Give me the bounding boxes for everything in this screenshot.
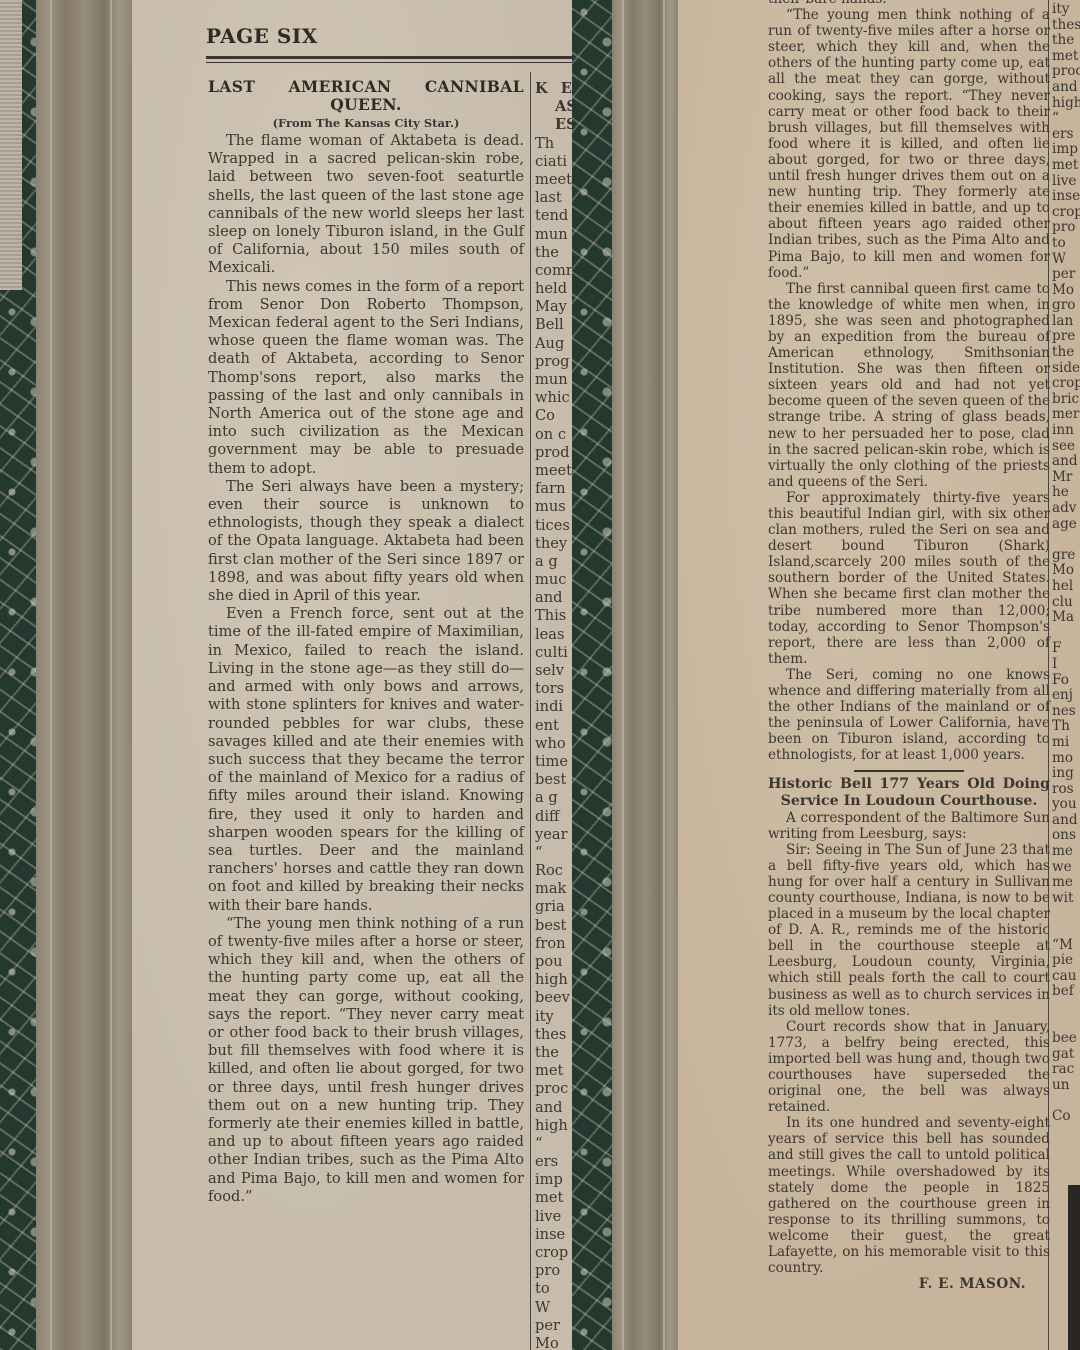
clipped-line: year: [535, 826, 572, 844]
clipped-line: pie: [1052, 953, 1080, 969]
clipped-line: crop: [1052, 205, 1080, 221]
article-paragraph: “The young men think nothing of a run of…: [768, 7, 1050, 281]
clipped-line: “: [1052, 111, 1080, 127]
clipped-line: Co: [535, 407, 572, 425]
article-paragraph: Even a French force, sent out at the tim…: [208, 605, 524, 914]
clipped-line: Mr: [1052, 470, 1080, 486]
clipped-line: gre: [1052, 548, 1080, 564]
clipped-line: ros: [1052, 782, 1080, 798]
article-source: (From The Kansas City Star.): [208, 114, 524, 132]
clipped-line: AS: [535, 98, 572, 116]
clipped-line: hel: [1052, 579, 1080, 595]
clipped-line: proc: [535, 1080, 572, 1098]
clipped-line: best: [535, 771, 572, 789]
clipped-line: and: [1052, 454, 1080, 470]
clipped-line: bef: [1052, 984, 1080, 1000]
adjacent-column-clipped: K EASESThciatimeetlasttendmunthecomrheld…: [535, 80, 572, 1350]
clipped-line: “: [535, 1135, 572, 1153]
clipped-line: and: [1052, 80, 1080, 96]
clipped-line: K E: [535, 80, 572, 98]
bell-paragraph: Sir: Seeing in The Sun of June 23 that a…: [768, 842, 1050, 1019]
clipped-line: [1052, 922, 1080, 938]
clipped-line: May: [535, 298, 572, 316]
clipped-line: adv: [1052, 501, 1080, 517]
clipped-line: prog: [535, 353, 572, 371]
clipped-line: the: [535, 244, 572, 262]
clipped-line: [1052, 532, 1080, 548]
clipped-line: fron: [535, 935, 572, 953]
clipped-line: and: [535, 1099, 572, 1117]
clipped-line: mer: [1052, 407, 1080, 423]
clipped-line: F: [1052, 641, 1080, 657]
clipped-line: you: [1052, 797, 1080, 813]
clipped-line: inse: [535, 1226, 572, 1244]
article-paragraph: The Seri always have been a mystery; eve…: [208, 478, 524, 605]
clipped-line: Mo: [1052, 283, 1080, 299]
cut-off-line: their bare hands.: [768, 0, 1050, 7]
clipped-line: the: [1052, 345, 1080, 361]
header-rule-thick: [206, 56, 572, 59]
clipped-line: he: [1052, 485, 1080, 501]
clipped-line: mo: [1052, 751, 1080, 767]
newspaper-page-left: PAGE SIX LAST AMERICAN CANNIBAL QUEEN. (…: [132, 0, 572, 1350]
column-divider: [530, 72, 531, 1350]
clipped-line: ciati: [535, 153, 572, 171]
clipped-line: prod: [535, 444, 572, 462]
clipped-line: Th: [1052, 719, 1080, 735]
clipped-line: thes: [535, 1026, 572, 1044]
clipped-line: held: [535, 280, 572, 298]
clipped-line: whic: [535, 389, 572, 407]
clipped-line: tend: [535, 207, 572, 225]
clipped-line: beev: [535, 989, 572, 1007]
clipped-line: tors: [535, 680, 572, 698]
clipped-line: “M: [1052, 938, 1080, 954]
clipped-line: diff: [535, 808, 572, 826]
clipped-line: wit: [1052, 891, 1080, 907]
adjacent-column-clipped: itythesthemetprocandhigh“ersimpmetlivein…: [1052, 2, 1080, 1350]
clipped-line: mak: [535, 880, 572, 898]
clipped-line: met: [1052, 158, 1080, 174]
dark-border-block: [1068, 1185, 1080, 1350]
article-paragraph: The flame woman of Aktabeta is dead. Wra…: [208, 132, 524, 278]
clipped-line: mun: [535, 226, 572, 244]
clipped-line: Mo: [1052, 563, 1080, 579]
clipped-line: crop: [535, 1244, 572, 1262]
bell-headline-line1: Historic Bell 177 Years Old Doing: [768, 776, 1050, 793]
article-paragraph: The Seri, coming no one knows whence and…: [768, 667, 1050, 764]
clipped-line: see: [1052, 439, 1080, 455]
clipped-line: Aug: [535, 335, 572, 353]
clipped-line: leas: [535, 626, 572, 644]
clipped-line: W: [535, 1299, 572, 1317]
clipped-line: [1052, 1000, 1080, 1016]
header-rule-thin: [206, 62, 572, 63]
clipped-line: rac: [1052, 1062, 1080, 1078]
clipped-line: gria: [535, 898, 572, 916]
clipped-line: met: [1052, 49, 1080, 65]
clipped-line: [1052, 1016, 1080, 1032]
clipped-line: tices: [535, 517, 572, 535]
clipped-line: [1052, 626, 1080, 642]
clipped-line: muc: [535, 571, 572, 589]
bell-signature: F. E. MASON.: [768, 1276, 1050, 1292]
bell-paragraph: Court records show that in January, 1773…: [768, 1019, 1050, 1116]
clipped-line: imp: [1052, 142, 1080, 158]
clipped-line: lan: [1052, 314, 1080, 330]
clipped-line: a g: [535, 553, 572, 571]
article-paragraph: For approximately thirty-five years this…: [768, 490, 1050, 667]
bell-headline-line2: Service In Loudoun Courthouse.: [768, 793, 1050, 810]
clipped-line: me: [1052, 875, 1080, 891]
clipped-line: [1052, 1094, 1080, 1110]
clipped-line: and: [1052, 813, 1080, 829]
clipped-line: meet: [535, 171, 572, 189]
clipped-line: ons: [1052, 828, 1080, 844]
clipped-line: W: [1052, 252, 1080, 268]
clipped-line: they: [535, 535, 572, 553]
article-headline-line2: QUEEN.: [208, 96, 524, 114]
bell-paragraph: In its one hundred and seventy-eight yea…: [768, 1115, 1050, 1276]
clipped-line: ES: [535, 116, 572, 134]
clipped-line: proc: [1052, 64, 1080, 80]
clipped-line: I: [1052, 657, 1080, 673]
article-paragraph: The first cannibal queen first came to t…: [768, 281, 1050, 490]
clipped-line: cau: [1052, 969, 1080, 985]
clipped-line: me: [1052, 844, 1080, 860]
clipped-line: Co: [1052, 1109, 1080, 1125]
clipped-line: ent: [535, 717, 572, 735]
clipped-line: Bell: [535, 316, 572, 334]
page-label: PAGE SIX: [206, 24, 318, 48]
clipped-line: inse: [1052, 189, 1080, 205]
book-spine-left: [36, 0, 134, 1350]
clipped-line: we: [1052, 860, 1080, 876]
clipped-line: mus: [535, 498, 572, 516]
clipped-line: farn: [535, 480, 572, 498]
article-paragraph: “The young men think nothing of a run of…: [208, 915, 524, 1206]
clipped-line: crop: [1052, 376, 1080, 392]
clipped-line: pre: [1052, 329, 1080, 345]
clipped-line: ers: [535, 1153, 572, 1171]
clipped-line: Roc: [535, 862, 572, 880]
clipped-line: ing: [1052, 766, 1080, 782]
clipped-line: to: [1052, 236, 1080, 252]
clipped-line: gro: [1052, 298, 1080, 314]
clipped-line: [1052, 906, 1080, 922]
cloth-binding-edge: [0, 0, 22, 290]
clipped-line: “: [535, 844, 572, 862]
clipped-line: ers: [1052, 127, 1080, 143]
clipped-line: un: [1052, 1078, 1080, 1094]
clipped-line: high: [535, 971, 572, 989]
article-paragraph: This news comes in the form of a report …: [208, 278, 524, 478]
clipped-line: met: [535, 1189, 572, 1207]
clipped-line: comr: [535, 262, 572, 280]
clipped-line: live: [535, 1208, 572, 1226]
clipped-line: bric: [1052, 392, 1080, 408]
clipped-line: Th: [535, 135, 572, 153]
clipped-line: a g: [535, 789, 572, 807]
article-headline-line1: LAST AMERICAN CANNIBAL: [208, 78, 524, 96]
clipped-line: Mo: [535, 1335, 572, 1350]
clipped-line: nes: [1052, 704, 1080, 720]
clipped-line: thes: [1052, 18, 1080, 34]
newspaper-page-right: their bare hands. “The young men think n…: [678, 0, 1080, 1350]
clipped-line: culti: [535, 644, 572, 662]
clipped-line: mun: [535, 371, 572, 389]
clipped-line: enj: [1052, 688, 1080, 704]
clipped-line: per: [535, 1317, 572, 1335]
clipped-line: who: [535, 735, 572, 753]
clipped-line: clu: [1052, 595, 1080, 611]
clipped-line: per: [1052, 267, 1080, 283]
clipped-line: the: [1052, 33, 1080, 49]
clipped-line: indi: [535, 698, 572, 716]
clipped-line: best: [535, 917, 572, 935]
clipped-line: ity: [1052, 2, 1080, 18]
article-cannibal-queen-continued: their bare hands. “The young men think n…: [768, 0, 1050, 1292]
clipped-line: bee: [1052, 1031, 1080, 1047]
clipped-line: the: [535, 1044, 572, 1062]
clipped-line: age: [1052, 517, 1080, 533]
bell-paragraph: A correspondent of the Baltimore Sun wri…: [768, 810, 1050, 842]
clipped-line: and: [535, 589, 572, 607]
clipped-line: side: [1052, 361, 1080, 377]
clipped-line: last: [535, 189, 572, 207]
marbled-endpaper-middle: [572, 0, 614, 1350]
clipped-line: Fo: [1052, 673, 1080, 689]
clipped-line: pro: [1052, 220, 1080, 236]
article-cannibal-queen: LAST AMERICAN CANNIBAL QUEEN. (From The …: [208, 78, 524, 1206]
clipped-line: pro: [535, 1262, 572, 1280]
clipped-line: gat: [1052, 1047, 1080, 1063]
clipped-line: meet: [535, 462, 572, 480]
book-spine-middle: [612, 0, 680, 1350]
clipped-line: selv: [535, 662, 572, 680]
clipped-line: inn: [1052, 423, 1080, 439]
clipped-line: to: [535, 1280, 572, 1298]
clipped-line: This: [535, 607, 572, 625]
clipped-line: imp: [535, 1171, 572, 1189]
clipped-line: high: [535, 1117, 572, 1135]
clipped-line: pou: [535, 953, 572, 971]
clipped-line: high: [1052, 96, 1080, 112]
clipped-line: Ma: [1052, 610, 1080, 626]
clipped-line: on c: [535, 426, 572, 444]
article-separator-rule: [854, 770, 964, 772]
clipped-line: mi: [1052, 735, 1080, 751]
clipped-line: time: [535, 753, 572, 771]
clipped-line: ity: [535, 1008, 572, 1026]
clipped-line: live: [1052, 174, 1080, 190]
clipped-line: met: [535, 1062, 572, 1080]
